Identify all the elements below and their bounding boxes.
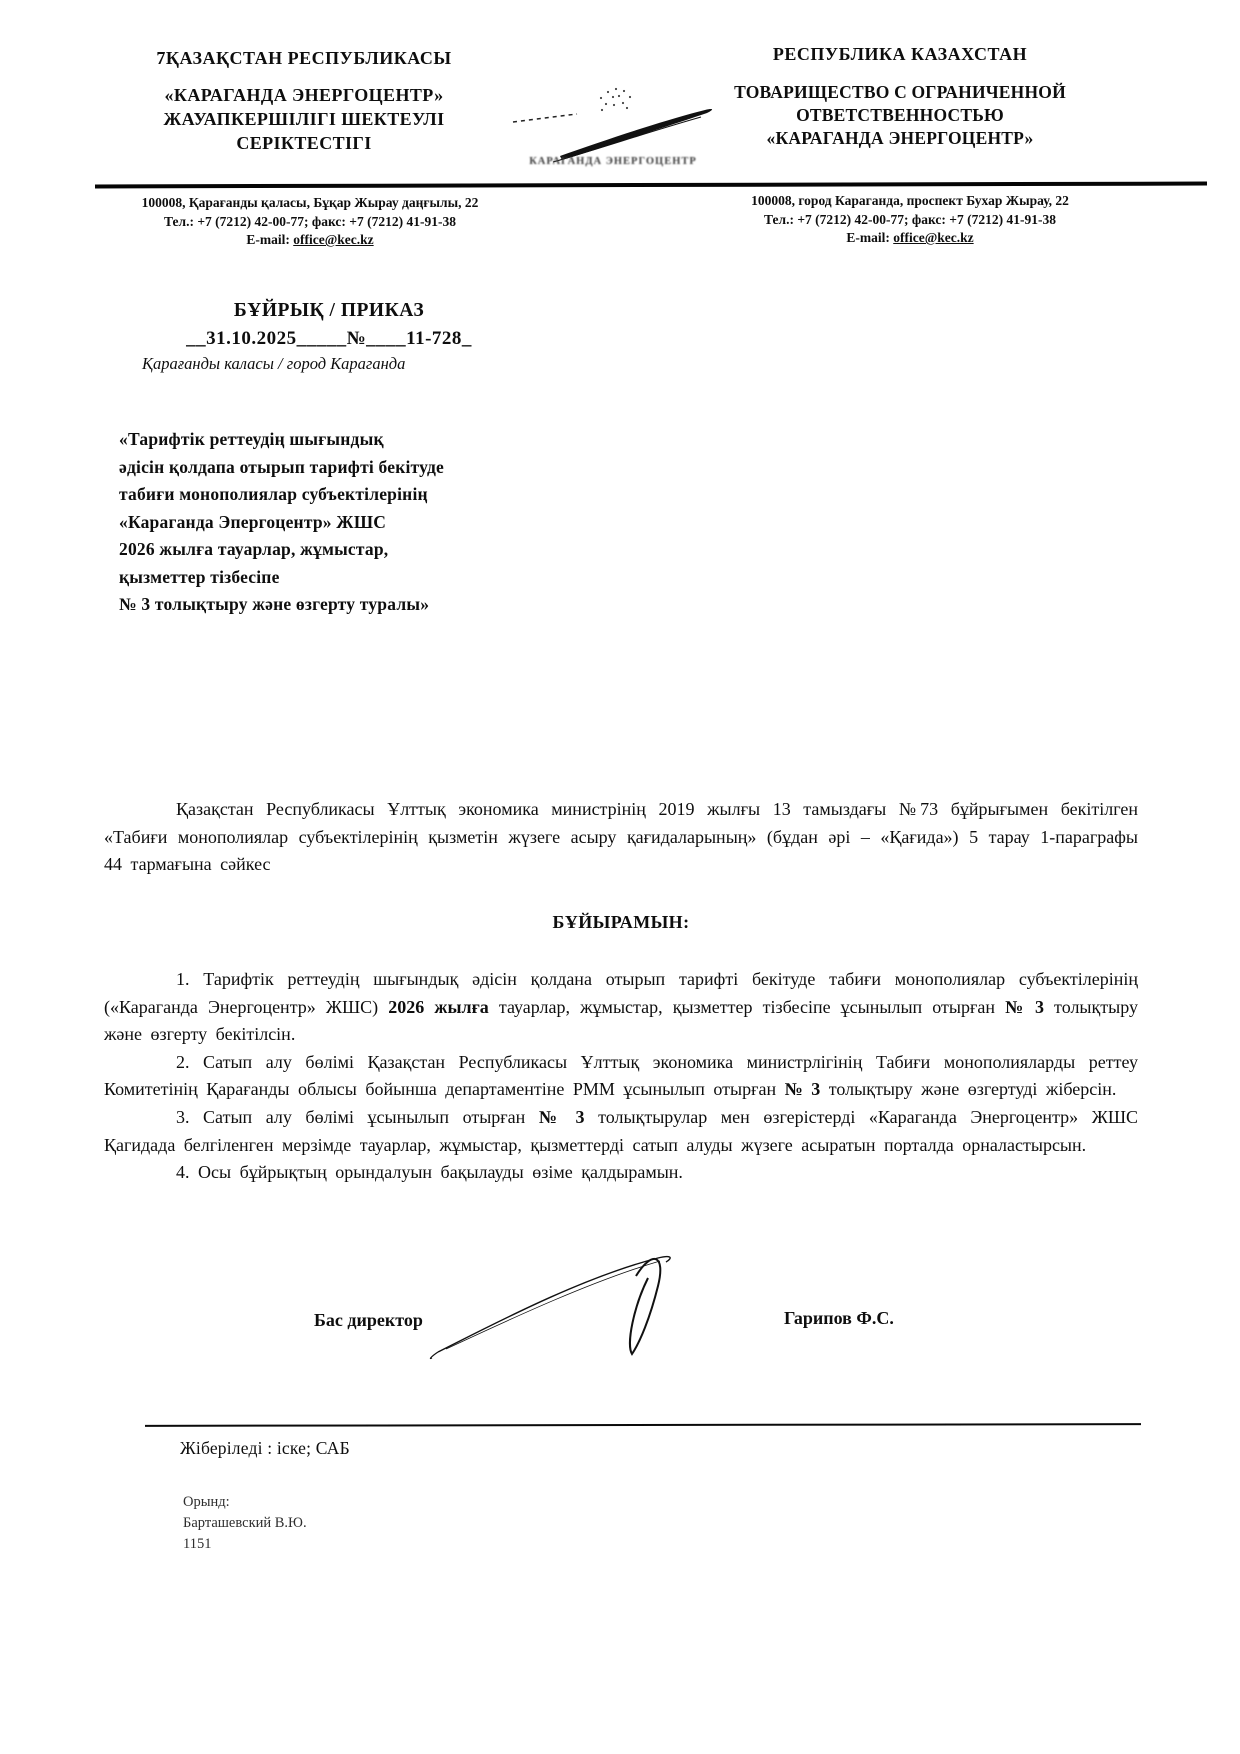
email-label: E-mail: xyxy=(846,230,893,245)
order-item: 3. Сатып алу бөлімі ұсынылып отырған № 3… xyxy=(104,1104,1138,1159)
order-item-text: 4. Осы бұйрықтың орындалуын бақылауды өз… xyxy=(176,1162,683,1182)
subject-line: «Тарифтік реттеудің шығындық xyxy=(119,426,599,454)
header-left-org-line: «КАРАГАНДА ЭНЕРГОЦЕНТР» xyxy=(108,83,500,107)
email-value: office@kec.kz xyxy=(893,230,973,245)
address-right-phone: Тел.: +7 (7212) 42-00-77; факс: +7 (7212… xyxy=(700,211,1120,230)
subject-line: әдісін қолдапа отырып тарифті бекітуде xyxy=(119,454,599,482)
signature-name: Гарипов Ф.С. xyxy=(784,1308,894,1329)
logo-caption: КАРАГАНДА ЭНЕРГОЦЕНТР xyxy=(513,156,713,167)
order-item-bold-text: № 3 xyxy=(1005,997,1044,1017)
footer-divider-line xyxy=(145,1423,1141,1427)
address-left-block: 100008, Қарағанды қаласы, Бұқар Жырау да… xyxy=(100,194,520,250)
address-right-street: 100008, город Караганда, проспект Бухар … xyxy=(700,192,1120,211)
header-right-country: РЕСПУБЛИКА КАЗАХСТАН xyxy=(690,44,1110,65)
order-date-number-line: __31.10.2025_____№____11-728_ xyxy=(140,328,518,350)
subject-line: 2026 жылға тауарлар, жұмыстар, xyxy=(119,536,599,564)
header-divider-line xyxy=(95,182,1207,189)
order-item-bold-text: 2026 жылға xyxy=(388,997,488,1017)
order-item: 2. Сатып алу бөлімі Қазақстан Республика… xyxy=(104,1049,1138,1104)
subject-line: табиғи монополиялар субъектілерінің xyxy=(119,481,599,509)
order-item-text: толықтыру және өзгертуді жіберсін. xyxy=(820,1079,1116,1099)
header-left-org-line: СЕРІКТЕСТІГІ xyxy=(108,131,500,155)
header-right-org-line: «КАРАГАНДА ЭНЕРГОЦЕНТР» xyxy=(690,127,1110,150)
order-place-line: Қарағанды каласы / город Караганда xyxy=(140,354,518,374)
order-item: 4. Осы бұйрықтың орындалуын бақылауды өз… xyxy=(104,1159,1138,1187)
address-left-phone: Тел.: +7 (7212) 42-00-77; факс: +7 (7212… xyxy=(100,213,520,232)
header-left-org-line: ЖАУАПКЕРШІЛІГІ ШЕКТЕУЛІ xyxy=(108,107,500,131)
executor-label: Орынд: xyxy=(183,1492,307,1513)
subject-line: қызметтер тізбесіпе xyxy=(119,564,599,592)
scanned-order-document: { "header": { "left": { "country": "7ҚАЗ… xyxy=(0,0,1240,1754)
address-left-street: 100008, Қарағанды қаласы, Бұқар Жырау да… xyxy=(100,194,520,213)
order-items: 1. Тарифтік реттеудің шығындық әдісін қо… xyxy=(104,966,1138,1187)
order-title-block: БҰЙРЫҚ / ПРИКАЗ __31.10.2025_____№____11… xyxy=(140,300,518,374)
order-item-text: 3. Сатып алу бөлімі ұсынылып отырған xyxy=(176,1107,539,1127)
header-left-block: 7ҚАЗАҚСТАН РЕСПУБЛИКАСЫ «КАРАГАНДА ЭНЕРГ… xyxy=(108,48,500,155)
header-left-org: «КАРАГАНДА ЭНЕРГОЦЕНТР» ЖАУАПКЕРШІЛІГІ Ш… xyxy=(108,83,500,155)
email-label: E-mail: xyxy=(246,232,293,247)
executor-block: Орынд: Барташевский В.Ю. 1151 xyxy=(183,1492,307,1555)
order-title: БҰЙРЫҚ / ПРИКАЗ xyxy=(140,300,518,322)
executor-name: Барташевский В.Ю. xyxy=(183,1513,307,1534)
header-left-country: 7ҚАЗАҚСТАН РЕСПУБЛИКАСЫ xyxy=(108,48,500,69)
subject-line: «Караганда Эпергоцентр» ЖШС xyxy=(119,509,599,537)
header-right-org-line: ОТВЕТСТВЕННОСТЬЮ xyxy=(690,104,1110,127)
header-right-org-line: ТОВАРИЩЕСТВО С ОГРАНИЧЕННОЙ xyxy=(690,81,1110,104)
order-item-bold-text: № 3 xyxy=(539,1107,585,1127)
distribution-line: Жіберіледі : іске; САБ xyxy=(180,1438,350,1459)
order-item: 1. Тарифтік реттеудің шығындық әдісін қо… xyxy=(104,966,1138,1049)
order-item-bold-text: № 3 xyxy=(785,1079,821,1099)
company-logo: КАРАГАНДА ЭНЕРГОЦЕНТР xyxy=(505,70,720,180)
address-right-email: E-mail: office@kec.kz xyxy=(700,229,1120,248)
order-item-text: тауарлар, жұмыстар, қызметтер тізбесіпе … xyxy=(489,997,1005,1017)
handwritten-signature xyxy=(420,1230,720,1370)
header-right-org: ТОВАРИЩЕСТВО С ОГРАНИЧЕННОЙ ОТВЕТСТВЕННО… xyxy=(690,81,1110,150)
signature-position-title: Бас директор xyxy=(314,1310,423,1331)
resolve-heading: БҰЙЫРАМЫН: xyxy=(104,912,1138,933)
address-left-email: E-mail: office@kec.kz xyxy=(100,231,520,250)
executor-phone: 1151 xyxy=(183,1534,307,1555)
address-right-block: 100008, город Караганда, проспект Бухар … xyxy=(700,192,1120,248)
intro-paragraph: Қазақстан Республикасы Ұлттық экономика … xyxy=(104,796,1138,879)
email-value: office@kec.kz xyxy=(293,232,373,247)
subject-block: «Тарифтік реттеудің шығындықәдісін қолда… xyxy=(119,426,599,619)
header-right-block: РЕСПУБЛИКА КАЗАХСТАН ТОВАРИЩЕСТВО С ОГРА… xyxy=(690,44,1110,150)
subject-line: № 3 толықтыру және өзгерту туралы» xyxy=(119,591,599,619)
